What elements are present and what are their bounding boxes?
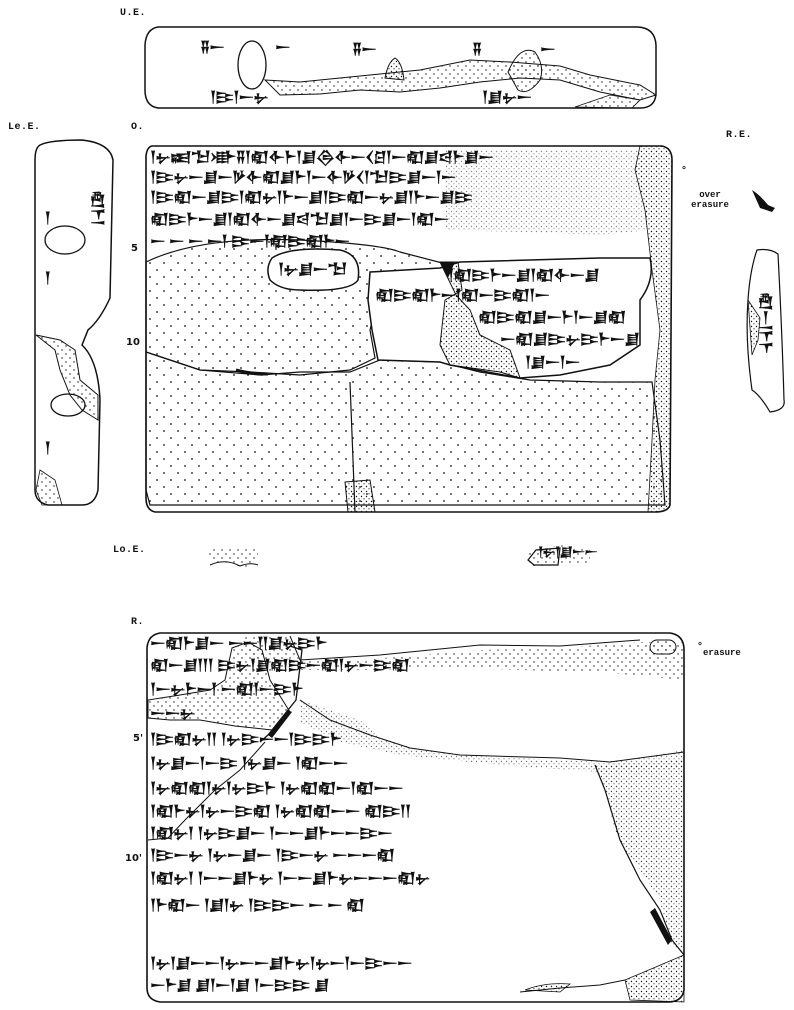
obverse-line: 𒁹𒄿𒉡𒀸𒋗𒀸𒃻𒅆𒊏𒋗𒈨𒁹𒀸𒅆𒃻𒌋𒁹𒈠𒄿𒋗𒀸𒁹𒀸 <box>150 170 455 185</box>
obverse-line: 𒊏𒄿𒊏𒈨𒀸𒁹𒊏𒀸𒄿𒊏𒁹𒀸 <box>375 288 549 303</box>
lower-edge-signs: 𒁹𒉡𒁹𒋗𒀸𒀸 <box>538 546 597 559</box>
reverse-line: 𒀸𒈨𒋗 𒋗𒁹𒀸𒁹𒋗 𒁹𒀸𒄿𒄿 𒋗 <box>150 978 329 993</box>
le-sign: 𒀸 <box>40 210 55 225</box>
obverse-line: 𒁹𒊏𒄿𒈨𒀸𒋗𒁹𒊏𒅆𒀸𒋗 <box>448 268 599 283</box>
reverse-line: 𒁹𒉡𒁹𒋗𒀸𒀸𒁹𒉡𒀸𒀸𒋗𒈨𒉡𒁹𒉡𒀸𒁹𒀸𒄿𒀸𒀸 <box>150 956 412 971</box>
reverse-line: 𒀸𒊏𒈨𒋗𒀸 𒀸𒀸𒁹𒁹𒋗𒉡𒄿𒈨 <box>150 636 327 651</box>
reverse-line: 𒀸𒀸𒉡 <box>150 706 194 721</box>
obverse-line: 𒁹𒉡𒋗𒀸𒈠 <box>278 262 346 277</box>
ue-sign: 𒀸 <box>540 42 555 57</box>
reverse-line: 𒁹𒈨𒊏𒀸 𒁹𒋗𒁹𒉡 𒁹𒄿𒄿𒀸 𒀸 𒀸 𒊏 <box>150 898 364 913</box>
ue-sign: 𒐉𒀸 <box>352 42 376 57</box>
ue-sign: 𒁹𒋗𒉡𒀸 <box>482 90 531 105</box>
reverse-line: 𒁹𒉡𒋗𒀸𒁹𒀸𒄿 𒁹𒉡𒋗𒀸 𒁹𒊏𒀸𒀸 <box>150 756 347 771</box>
reverse-line: 𒁹𒉡𒊏𒊏𒁹𒉡𒁹𒉡𒄿𒈨 𒁹𒉡𒊏𒊏𒀸𒁹𒊏𒀸𒀸 <box>150 781 403 796</box>
reverse-line: 𒊏𒀸𒋗𒁹𒁹𒁹 𒄿𒉡𒁹𒋗𒊏𒄿𒀸𒊏𒁹𒉡𒀸𒄿𒊏 <box>150 658 409 673</box>
obverse-line: 𒀸𒊏𒋗𒄿𒉡𒄿𒈨𒀸𒋗 <box>500 332 639 347</box>
obverse-line: 𒁹𒉡𒀜𒈠𒀝𒐉𒁹𒊏𒅆𒈨𒁹𒋗𒁲𒅆𒀸𒌋𒆪𒁹𒀸𒊏𒋗𒁀𒈨𒋗𒀸 <box>150 150 493 165</box>
reverse-line: 𒁹𒊏𒈨𒉡𒁹𒉡𒀸𒄿𒊏 𒁹𒉡𒊏𒊏𒀸𒀸 𒊏𒄿𒁹𒁹 <box>150 804 410 819</box>
ue-sign: 𒐉𒀸 <box>200 40 224 55</box>
obverse-line: 𒁹𒋗𒀸𒁹𒀸 <box>525 355 579 370</box>
le-sign: 𒀸 <box>40 270 55 285</box>
obverse-line: 𒊏𒄿𒈨𒀸𒋗𒁹𒊏𒅆𒀸𒋗𒁀𒈠𒋗𒁹𒀸𒄿𒋗𒀸𒁹𒊏𒀸 <box>150 212 448 227</box>
le-sign: 𒀸 <box>40 440 55 455</box>
obverse-line: 𒀸 𒀸 𒀸 𒀸𒁹 𒄿𒀸𒁹𒊏𒄿𒊏𒈨𒀸 <box>150 234 349 249</box>
right-edge-signs: 𒊏𒀸𒁹𒈨𒈨 <box>758 292 773 353</box>
reverse-line: 𒁹𒊏𒉡𒁹 𒁹𒉡𒄿𒋗𒀸 𒁹𒀸𒀸𒋗𒈨𒀸𒀸𒄿𒀸 <box>150 826 392 841</box>
ue-sign: 𒀸 <box>275 40 290 55</box>
obverse-line: 𒁹𒄿𒊏𒀸𒋗𒄿𒁹𒊏𒉡𒁹𒈨𒀸𒋗𒁹𒄿𒊏𒀸𒉡𒋗𒁹𒈨𒀸𒋗𒄿 <box>150 190 472 205</box>
reverse-line: 𒁹𒊏𒉡𒁹 𒁹𒀸𒀸𒋗𒈨𒉡 𒁹𒀸𒀸𒋗𒈨𒉡𒀸𒀸𒀸𒊏𒉡 <box>150 871 429 886</box>
reverse-line: 𒁹𒄿𒀸𒉡 𒁹𒉡𒀸𒋗𒀸 𒁹𒄿𒀸𒉡 𒀸𒀸𒀸𒊏 <box>150 848 394 863</box>
le-sign: 𒊏𒈨𒁹 <box>90 190 105 225</box>
ue-sign: 𒐉 <box>472 42 481 57</box>
lower-edge <box>208 545 590 568</box>
ue-sign: 𒁹𒄿𒁹𒀸𒉡 <box>210 90 268 105</box>
reverse-line: 𒁹𒀸𒉡𒈨𒀸𒁹 𒀸𒊏𒁹𒀸𒄿𒈨 <box>150 682 303 697</box>
reverse-line: 𒁹𒄿𒊏𒉡𒁹𒁹 𒁹𒉡𒄿𒀸𒀸𒁹𒄿𒄿𒈨 <box>150 732 341 747</box>
obverse-line: 𒊏𒄿𒊏𒋗𒀸𒈨𒁹𒀸𒋗𒊏 <box>478 310 625 325</box>
